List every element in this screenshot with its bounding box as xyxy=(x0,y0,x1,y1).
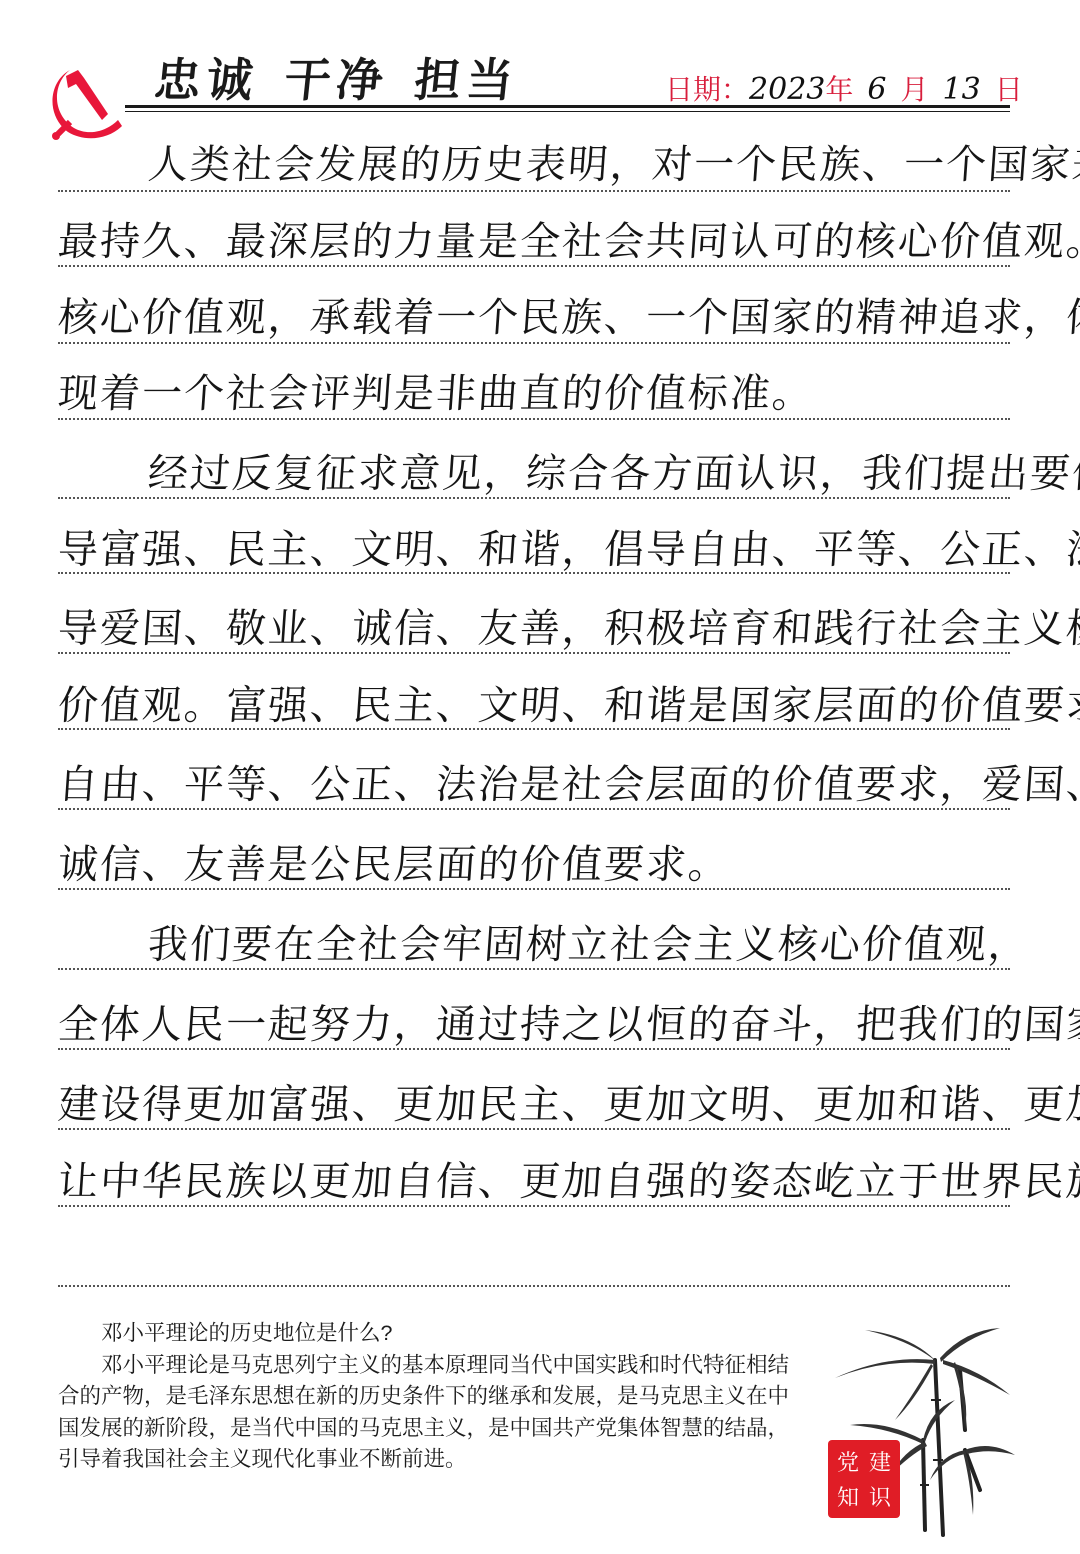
handwritten-line: 现着一个社会评判是非曲直的价值标准。 xyxy=(57,374,1015,414)
ruled-line xyxy=(58,968,1010,970)
handwritten-line: 导富强、民主、文明、和谐，倡导自由、平等、公正、法治，倡 xyxy=(57,530,1015,570)
seal-char: 党 xyxy=(837,1446,859,1477)
handwritten-line: 建设得更加富强、更加民主、更加文明、更加和谐、更加美丽， xyxy=(57,1085,1015,1125)
month-unit: 月 xyxy=(900,73,928,106)
ruled-line xyxy=(58,1285,1010,1287)
ruled-line xyxy=(58,342,1010,344)
ruled-line xyxy=(58,1205,1010,1207)
note-question: 邓小平理论的历史地位是什么? xyxy=(58,1318,798,1350)
motto-word: 担当 xyxy=(412,53,522,107)
date-field: 日期：2023年6月13日 xyxy=(665,68,1023,108)
knowledge-note: 邓小平理论的历史地位是什么? 邓小平理论是马克思列宁主义的基本原理同当代中国实践… xyxy=(58,1318,798,1476)
date-day: 13 xyxy=(943,72,981,107)
ruled-line xyxy=(58,808,1010,810)
handwritten-line: 自由、平等、公正、法治是社会层面的价值要求，爱国、敬业、 xyxy=(57,765,1015,805)
date-year: 2023 xyxy=(749,72,825,107)
handwritten-line: 经过反复征求意见，综合各方面认识，我们提出要倡 xyxy=(57,454,1080,494)
handwritten-line: 诚信、友善是公民层面的价值要求。 xyxy=(57,845,1015,885)
handwritten-line: 核心价值观，承载着一个民族、一个国家的精神追求，体 xyxy=(57,298,1015,338)
date-label: 日期： xyxy=(665,73,749,106)
date-month: 6 xyxy=(867,72,886,107)
seal-char: 知 xyxy=(837,1481,859,1512)
year-unit: 年 xyxy=(825,73,853,106)
handwritten-line: 人类社会发展的历史表明，对一个民族、一个国家来说， xyxy=(57,145,1080,185)
ruled-line xyxy=(58,1048,1010,1050)
handwritten-line: 最持久、最深层的力量是全社会共同认可的核心价值观。 xyxy=(57,222,1015,262)
party-knowledge-seal: 党 建 知 识 xyxy=(828,1440,900,1518)
ruled-line xyxy=(58,652,1010,654)
handwritten-line: 让中华民族以更加自信、更加自强的姿态屹立于世界民族之林。 xyxy=(57,1162,1015,1202)
header-divider xyxy=(125,105,1010,112)
ruled-line xyxy=(58,190,1010,192)
ruled-line xyxy=(58,888,1010,890)
motto-title: 忠诚干净担当 xyxy=(152,44,549,110)
note-answer: 邓小平理论是马克思列宁主义的基本原理同当代中国实践和时代特征相结合的产物，是毛泽… xyxy=(58,1350,798,1476)
handwritten-line: 全体人民一起努力，通过持之以恒的奋斗，把我们的国家 xyxy=(57,1005,1015,1045)
ruled-line xyxy=(58,265,1010,267)
ruled-line xyxy=(58,1128,1010,1130)
day-unit: 日 xyxy=(995,73,1023,106)
handwritten-line: 导爱国、敬业、诚信、友善，积极培育和践行社会主义核心 xyxy=(57,609,1015,649)
seal-char: 建 xyxy=(869,1446,891,1477)
hammer-sickle-icon xyxy=(48,62,128,142)
handwritten-line: 我们要在全社会牢固树立社会主义核心价值观， xyxy=(57,925,1080,965)
handwritten-line: 价值观。富强、民主、文明、和谐是国家层面的价值要求， xyxy=(57,686,1015,726)
seal-char: 识 xyxy=(869,1481,891,1512)
motto-word: 干净 xyxy=(282,53,392,107)
ruled-line xyxy=(58,418,1010,420)
ruled-line xyxy=(58,497,1010,499)
motto-word: 忠诚 xyxy=(152,53,262,107)
